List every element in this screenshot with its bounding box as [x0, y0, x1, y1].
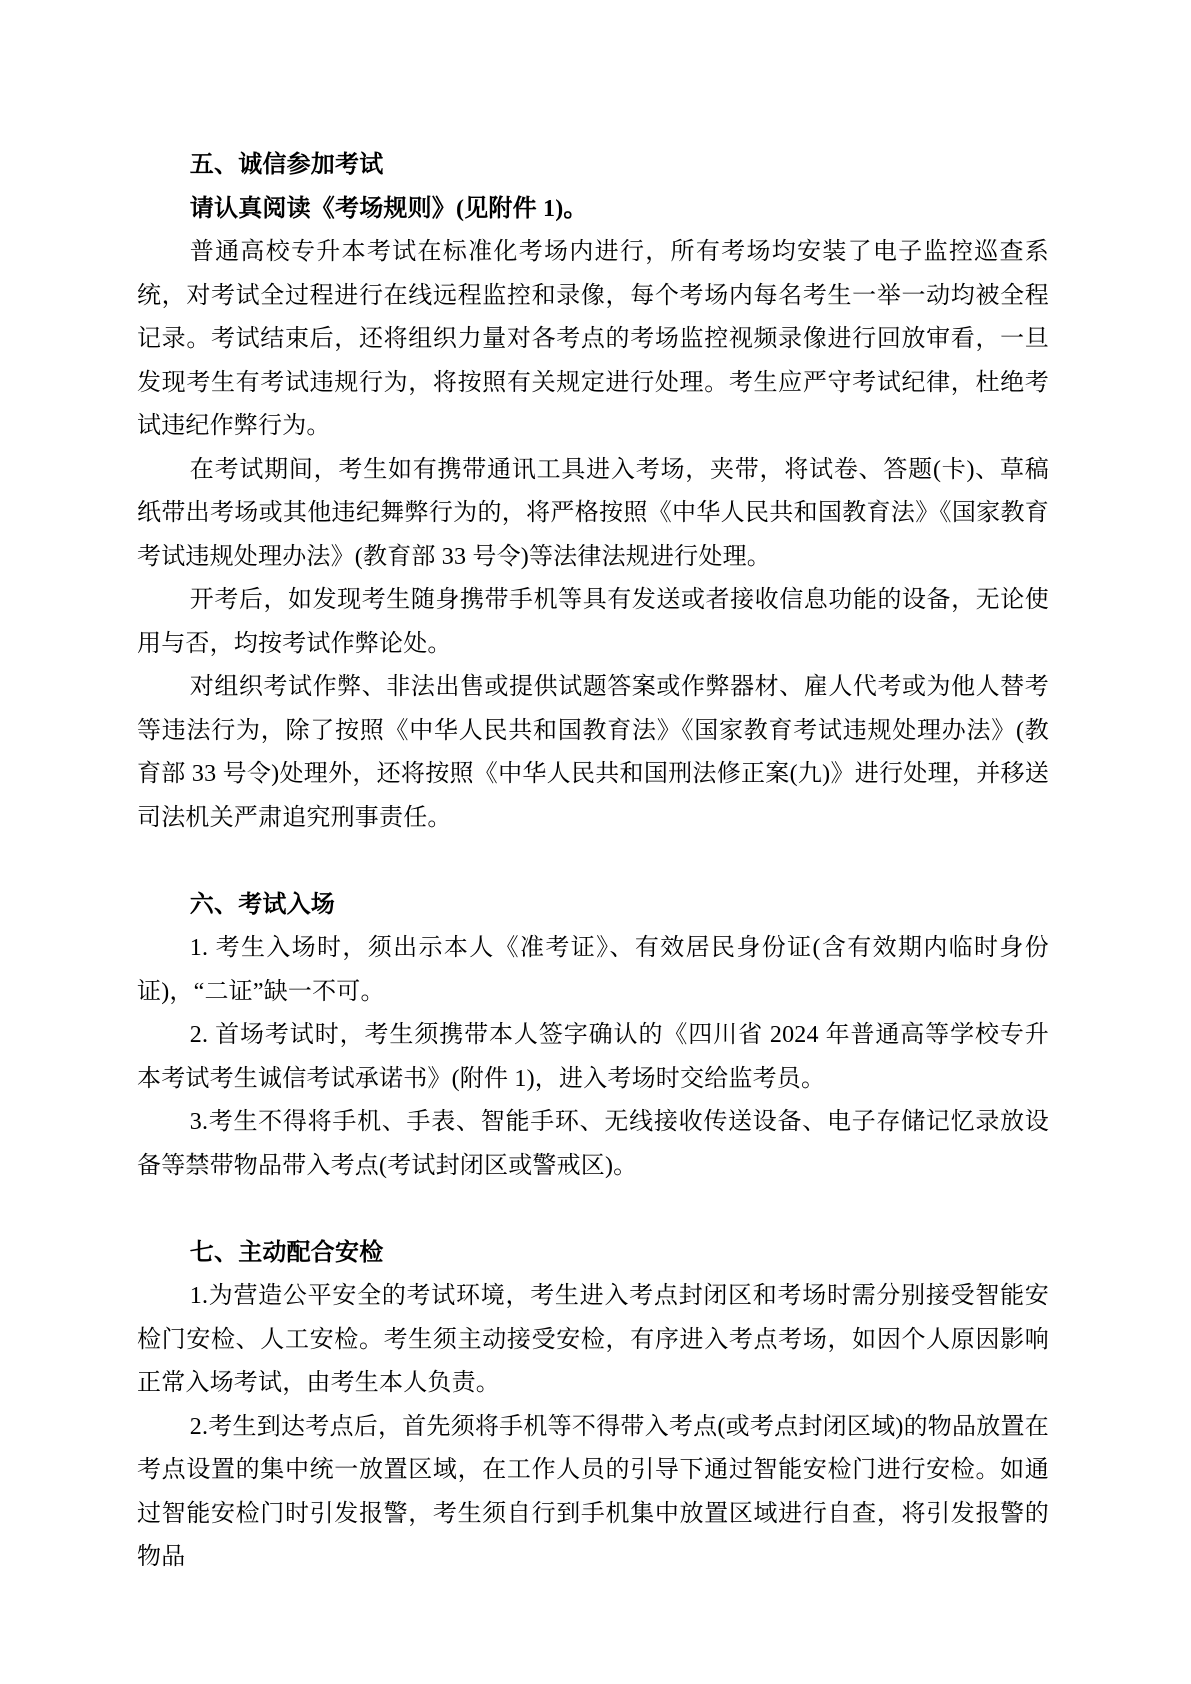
paragraph-read-exam-rules: 请认真阅读《考场规则》(见附件 1)。	[137, 188, 1049, 232]
paragraph-violation-handling: 在考试期间，考生如有携带通讯工具进入考场，夹带，将试卷、答题(卡)、草稿纸带出考…	[137, 449, 1049, 580]
section-heading-6: 六、考试入场	[137, 884, 1049, 928]
document-page: 五、诚信参加考试 请认真阅读《考场规则》(见附件 1)。 普通高校专升本考试在标…	[0, 0, 1191, 1684]
document-content: 五、诚信参加考试 请认真阅读《考场规则》(见附件 1)。 普通高校专升本考试在标…	[137, 144, 1049, 1580]
section-heading-5: 五、诚信参加考试	[137, 144, 1049, 188]
paragraph-security-gate-check: 1.为营造公平安全的考试环境，考生进入考点封闭区和考场时需分别接受智能安检门安检…	[137, 1275, 1049, 1406]
paragraph-phone-cheating-rule: 开考后，如发现考生随身携带手机等具有发送或者接收信息功能的设备，无论使用与否，均…	[137, 579, 1049, 666]
section-heading-7: 七、主动配合安检	[137, 1232, 1049, 1276]
paragraph-criminal-liability: 对组织考试作弊、非法出售或提供试题答案或作弊器材、雇人代考或为他人替考等违法行为…	[137, 666, 1049, 840]
paragraph-banned-items: 3.考生不得将手机、手表、智能手环、无线接收传送设备、电子存储记忆录放设备等禁带…	[137, 1101, 1049, 1188]
section-security-check: 七、主动配合安检 1.为营造公平安全的考试环境，考生进入考点封闭区和考场时需分别…	[137, 1232, 1049, 1580]
paragraph-entry-id-requirement: 1. 考生入场时，须出示本人《准考证》、有效居民身份证(含有效期内临时身份证)，…	[137, 927, 1049, 1014]
section-honesty-in-exam: 五、诚信参加考试 请认真阅读《考场规则》(见附件 1)。 普通高校专升本考试在标…	[137, 144, 1049, 840]
section-exam-entry: 六、考试入场 1. 考生入场时，须出示本人《准考证》、有效居民身份证(含有效期内…	[137, 884, 1049, 1189]
paragraph-monitoring-system: 普通高校专升本考试在标准化考场内进行，所有考场均安装了电子监控巡查系统，对考试全…	[137, 231, 1049, 449]
paragraph-commitment-letter: 2. 首场考试时，考生须携带本人签字确认的《四川省 2024 年普通高等学校专升…	[137, 1014, 1049, 1101]
paragraph-phone-storage-area: 2.考生到达考点后，首先须将手机等不得带入考点(或考点封闭区域)的物品放置在考点…	[137, 1406, 1049, 1580]
